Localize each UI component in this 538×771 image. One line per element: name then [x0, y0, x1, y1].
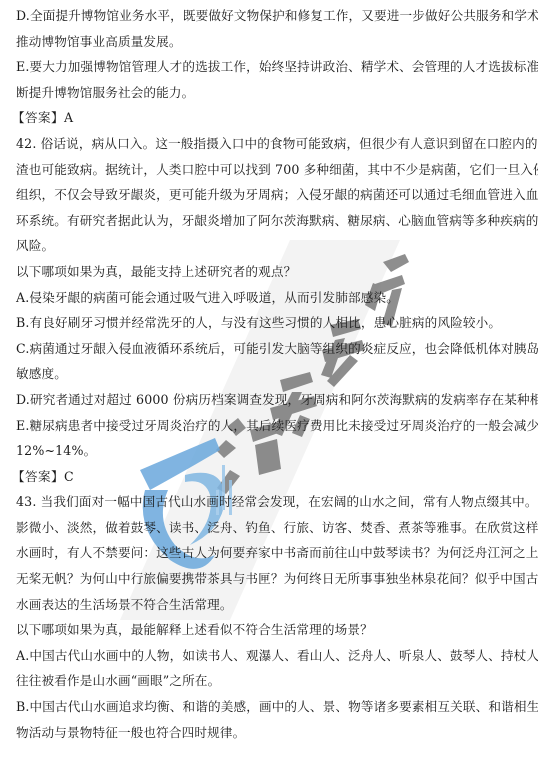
- q42-option-c-line1: C.病菌通过牙龈入侵血液循环系统后，可能引发大脑等组织的炎症反应，也会降低机体对…: [16, 336, 530, 362]
- q43-stem-line5: 水画表达的生活场景不符合生活常理。: [16, 592, 530, 618]
- q41-answer: 【答案】A: [12, 105, 530, 131]
- q42-option-e-line1: E.糖尿病患者中接受过牙周炎治疗的人，其后续医疗费用比未接受过牙周炎治疗的一般会…: [16, 413, 530, 439]
- q42-question: 以下哪项如果为真，最能支持上述研究者的观点？: [16, 259, 530, 285]
- q43-question: 以下哪项如果为真，最能解释上述看似不符合生活常理的场景？: [16, 617, 530, 643]
- q43-stem-line1: 43. 当我们面对一幅中国古代山水画时经常会发现，在宏阔的山水之间，常有人物点缀…: [16, 489, 530, 515]
- q41-option-d-line1: D.全面提升博物馆业务水平，既要做好文物保护和修复工作，又要进一步做好公共服务和…: [16, 3, 530, 29]
- q43-option-a-line1: A.中国古代山水画中的人物，如读书人、观瀑人、看山人、泛舟人、听泉人、鼓琴人、持…: [16, 643, 530, 669]
- document-content: D.全面提升博物馆业务水平，既要做好文物保护和修复工作，又要进一步做好公共服务和…: [16, 3, 530, 745]
- q42-stem-line5: 风险。: [16, 233, 530, 259]
- q43-stem-line2: 影微小、淡然，做着鼓琴、读书、泛舟、钓鱼、行旅、访客、焚香、煮茶等雅事。在欣赏这…: [16, 515, 530, 541]
- q42-stem-line3: 组织，不仅会导致牙龈炎，更可能升级为牙周病；入侵牙龈的病菌还可以通过毛细血管进入…: [16, 182, 530, 208]
- document-page: D.全面提升博物馆业务水平，既要做好文物保护和修复工作，又要进一步做好公共服务和…: [0, 0, 538, 771]
- q43-stem-line4: 无桨无帆？为何山中行旅偏要携带茶具与书匣？为何终日无所事事独坐林泉花间？似乎中国…: [16, 566, 530, 592]
- q41-option-e-line1: E.要大力加强博物馆管理人才的选拔工作，始终坚持讲政治、精学术、会管理的人才选拔…: [16, 54, 530, 80]
- q43-option-a-line2: 往往被看作是山水画“画眼”之所在。: [16, 668, 530, 694]
- q42-option-d: D.研究者通过对超过 6000 份病历档案调查发现，牙周病和阿尔茨海默病的发病率…: [16, 387, 530, 413]
- q42-option-b: B.有良好刷牙习惯并经常洗牙的人，与没有这些习惯的人相比，患心脏病的风险较小。: [16, 310, 530, 336]
- q42-option-a: A.侵染牙龈的病菌可能会通过吸气进入呼吸道，从而引发肺部感染。: [16, 285, 530, 311]
- q41-option-e-line2: 断提升博物馆服务社会的能力。: [16, 80, 530, 106]
- q43-stem-line3: 水画时，有人不禁要问：这些古人为何要弃家中书斋而前往山中鼓琴读书？为何泛舟江河之…: [16, 540, 530, 566]
- q42-stem-line1: 42. 俗话说，病从口入。这一般指摄入口中的食物可能致病，但很少有人意识到留在口…: [16, 131, 530, 157]
- q42-stem-line2: 渣也可能致病。据统计，人类口腔中可以找到 700 多种细菌，其中不少是病菌，它们…: [16, 157, 530, 183]
- q42-option-c-line2: 敏感度。: [16, 361, 530, 387]
- q42-stem-line4: 环系统。有研究者据此认为，牙龈炎增加了阿尔茨海默病、糖尿病、心脑血管病等多种疾病…: [16, 208, 530, 234]
- q42-answer: 【答案】C: [12, 464, 530, 490]
- q41-option-d-line2: 推动博物馆事业高质量发展。: [16, 29, 530, 55]
- q43-option-b-line2: 物活动与景物特征一般也符合四时规律。: [16, 720, 530, 746]
- q42-option-e-line2: 12%~14%。: [16, 438, 530, 464]
- q43-option-b-line1: B.中国古代山水画追求均衡、和谐的美感，画中的人、景、物等诸多要素相互关联、和谐…: [16, 694, 530, 720]
